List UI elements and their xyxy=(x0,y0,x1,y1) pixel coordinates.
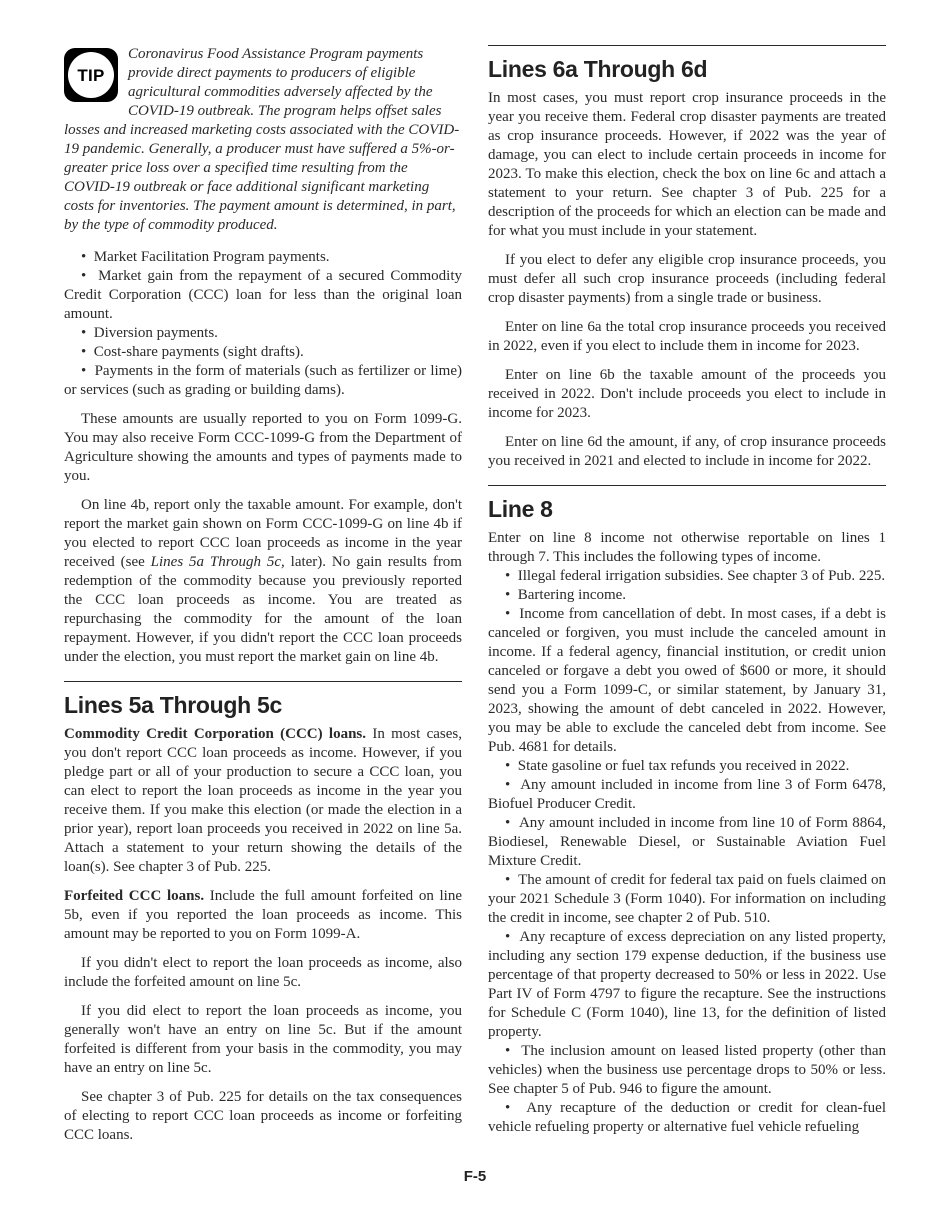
bullet-item: Market Facilitation Program payments. xyxy=(64,248,462,267)
paragraph-didnt-elect: If you didn't elect to report the loan p… xyxy=(64,954,462,992)
bullet-item: Any amount included in income from line … xyxy=(488,776,886,814)
left-column: TIP Coronavirus Food Assistance Program … xyxy=(64,45,462,1155)
bullet-item: Cost-share payments (sight drafts). xyxy=(64,343,462,362)
paragraph-did-elect: If you did elect to report the loan proc… xyxy=(64,1002,462,1078)
section-divider xyxy=(64,681,462,682)
paragraph-forfeited-ccc: Forfeited CCC loans. Include the full am… xyxy=(64,887,462,944)
payments-bullet-list: Market Facilitation Program payments. Ma… xyxy=(64,248,462,400)
paragraph-lead-forfeited-ccc: Forfeited CCC loans. xyxy=(64,888,204,904)
section-heading-line-8: Line 8 xyxy=(488,496,886,522)
tip-icon: TIP xyxy=(64,48,118,102)
section-divider xyxy=(488,45,886,46)
paragraph-line4b-post: later). No gain results from redemption … xyxy=(64,554,462,665)
bullet-item: Illegal federal irrigation subsidies. Se… xyxy=(488,567,886,586)
tip-box: TIP Coronavirus Food Assistance Program … xyxy=(64,45,462,235)
bullet-item: Payments in the form of materials (such … xyxy=(64,362,462,400)
right-column: Lines 6a Through 6d In most cases, you m… xyxy=(488,45,886,1155)
cross-reference-italic: Lines 5a Through 5c, xyxy=(151,554,285,570)
section-heading-lines-5a-5c: Lines 5a Through 5c xyxy=(64,692,462,718)
paragraph-defer-proceeds: If you elect to defer any eligible crop … xyxy=(488,251,886,308)
section-lines-6a-6d: Lines 6a Through 6d In most cases, you m… xyxy=(488,45,886,471)
tip-icon-circle: TIP xyxy=(68,52,114,98)
section-heading-lines-6a-6d: Lines 6a Through 6d xyxy=(488,56,886,82)
tip-paragraph: Coronavirus Food Assistance Program paym… xyxy=(64,46,459,233)
paragraph-line-6d: Enter on line 6d the amount, if any, of … xyxy=(488,433,886,471)
section-divider xyxy=(488,485,886,486)
two-column-layout: TIP Coronavirus Food Assistance Program … xyxy=(64,45,886,1155)
paragraph-ccc-loans: Commodity Credit Corporation (CCC) loans… xyxy=(64,725,462,877)
bullet-item: Bartering income. xyxy=(488,586,886,605)
paragraph-line-6b: Enter on line 6b the taxable amount of t… xyxy=(488,366,886,423)
section-lines-5a-5c: Lines 5a Through 5c Commodity Credit Cor… xyxy=(64,681,462,1145)
bullet-item: Market gain from the repayment of a secu… xyxy=(64,267,462,324)
bullet-item: Any amount included in income from line … xyxy=(488,814,886,871)
bullet-item: The amount of credit for federal tax pai… xyxy=(488,871,886,928)
paragraph-see-chapter-3: See chapter 3 of Pub. 225 for details on… xyxy=(64,1088,462,1145)
paragraph-line4b: On line 4b, report only the taxable amou… xyxy=(64,496,462,667)
page-number: F-5 xyxy=(0,1167,950,1186)
bullet-item: The inclusion amount on leased listed pr… xyxy=(488,1042,886,1099)
paragraph-ccc-loans-text: In most cases, you don't report CCC loan… xyxy=(64,726,462,875)
paragraph-1099g: These amounts are usually reported to yo… xyxy=(64,410,462,486)
bullet-item: Income from cancellation of debt. In mos… xyxy=(488,605,886,757)
paragraph-lead-ccc-loans: Commodity Credit Corporation (CCC) loans… xyxy=(64,726,366,742)
bullet-item: Diversion payments. xyxy=(64,324,462,343)
paragraph-line-6a: Enter on line 6a the total crop insuranc… xyxy=(488,318,886,356)
bullet-item: State gasoline or fuel tax refunds you r… xyxy=(488,757,886,776)
paragraph-crop-insurance: In most cases, you must report crop insu… xyxy=(488,89,886,241)
tip-icon-label: TIP xyxy=(77,66,104,85)
section-line-8: Line 8 Enter on line 8 income not otherw… xyxy=(488,485,886,1137)
bullet-item: Any recapture of the deduction or credit… xyxy=(488,1099,886,1137)
document-page: TIP Coronavirus Food Assistance Program … xyxy=(0,0,950,1230)
line-8-bullet-list: Illegal federal irrigation subsidies. Se… xyxy=(488,567,886,1137)
bullet-item: Any recapture of excess depreciation on … xyxy=(488,928,886,1042)
paragraph-line-8-intro: Enter on line 8 income not otherwise rep… xyxy=(488,529,886,567)
